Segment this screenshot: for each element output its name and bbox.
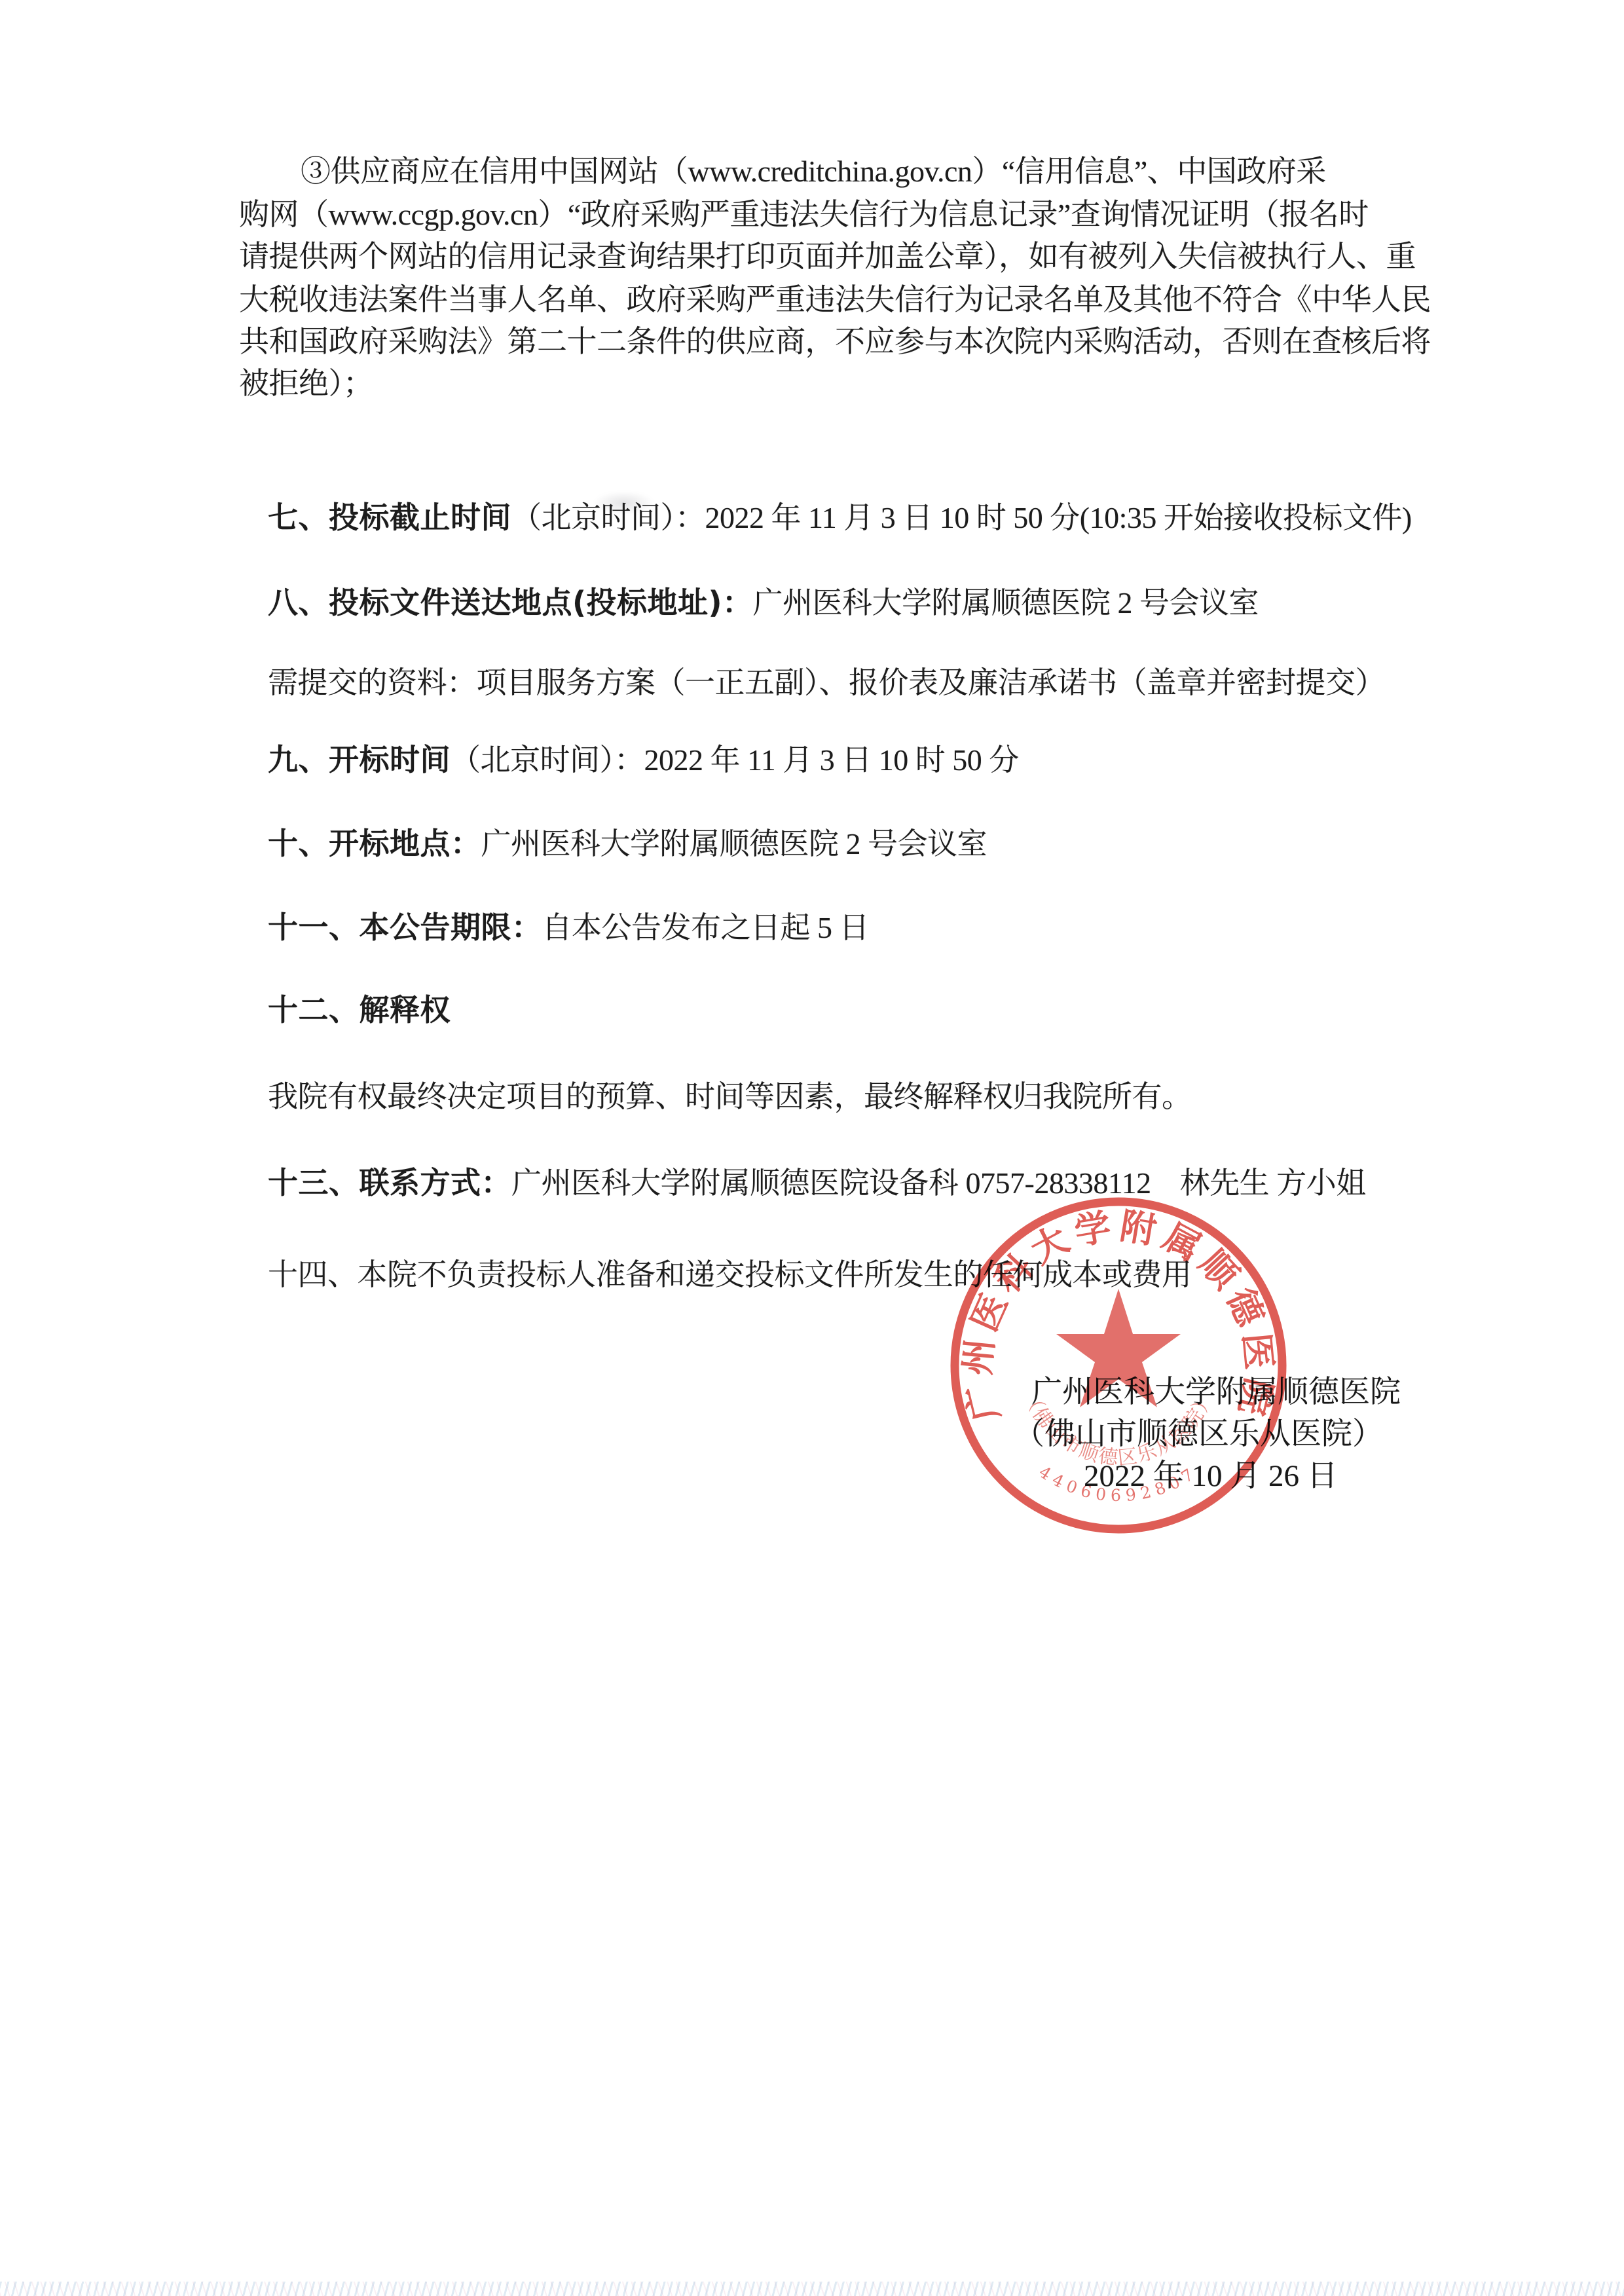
section-heading: 十、开标地点： bbox=[268, 826, 481, 861]
stamp-star bbox=[1056, 1289, 1181, 1407]
paragraph-line: 请提供两个网站的信用记录查询结果打印页面并加盖公章），如有被列入失信被执行人、重 bbox=[239, 237, 1416, 276]
stamp-inner-text: （佛山市顺德区乐从医院） bbox=[1020, 1388, 1217, 1470]
paragraph-line: ③供应商应在信用中国网站（www.creditchina.gov.cn）“信用信… bbox=[239, 152, 1326, 191]
section-heading: 十三、联系方式： bbox=[268, 1165, 511, 1200]
scan-edge-artifact bbox=[0, 2282, 1624, 2296]
paragraph-line: 大税收违法案件当事人名单、政府采购严重违法失信行为记录名单及其他不符合《中华人民 bbox=[239, 280, 1431, 320]
section-text: 我院有权最终决定项目的预算、时间等因素，最终解释权归我院所有。 bbox=[268, 1080, 1192, 1113]
section-heading: 十二、解释权 bbox=[268, 992, 451, 1028]
section-heading: 十一、本公告期限： bbox=[268, 910, 542, 945]
paragraph-line: 被拒绝）； bbox=[239, 364, 373, 403]
section-text: 广州医科大学附属顺德医院 2 号会议室 bbox=[753, 586, 1259, 620]
section-text: 自本公告发布之日起 5 日 bbox=[542, 911, 870, 944]
paragraph-line: 共和国政府采购法》第二十二条件的供应商，不应参与本次院内采购活动，否则在查核后将 bbox=[239, 322, 1431, 361]
official-seal-stamp: 广州医科大学附属顺德医院 （佛山市顺德区乐从医院） 44060692807 bbox=[917, 1166, 1323, 1585]
section-text: （北京时间）：2022 年 11 月 3 日 10 时 50 分(10:35 开… bbox=[511, 501, 1412, 534]
document-page: ③供应商应在信用中国网站（www.creditchina.gov.cn）“信用信… bbox=[0, 0, 1624, 2296]
section-text: 广州医科大学附属顺德医院 2 号会议室 bbox=[481, 827, 987, 861]
section-text: 需提交的资料：项目服务方案（一正五副）、报价表及廉洁承诺书（盖章并密封提交） bbox=[268, 666, 1385, 699]
stamp-serial-number: 44060692807 bbox=[1035, 1462, 1201, 1505]
section-heading: 七、投标截止时间 bbox=[268, 500, 511, 535]
section-heading: 八、投标文件送达地点(投标地址)： bbox=[268, 585, 753, 620]
section-heading: 九、开标时间 bbox=[268, 742, 451, 777]
section-text: （北京时间）：2022 年 11 月 3 日 10 时 50 分 bbox=[451, 743, 1019, 777]
paragraph-line: 购网（www.ccgp.gov.cn）“政府采购严重违法失信行为信息记录”查询情… bbox=[239, 195, 1369, 234]
